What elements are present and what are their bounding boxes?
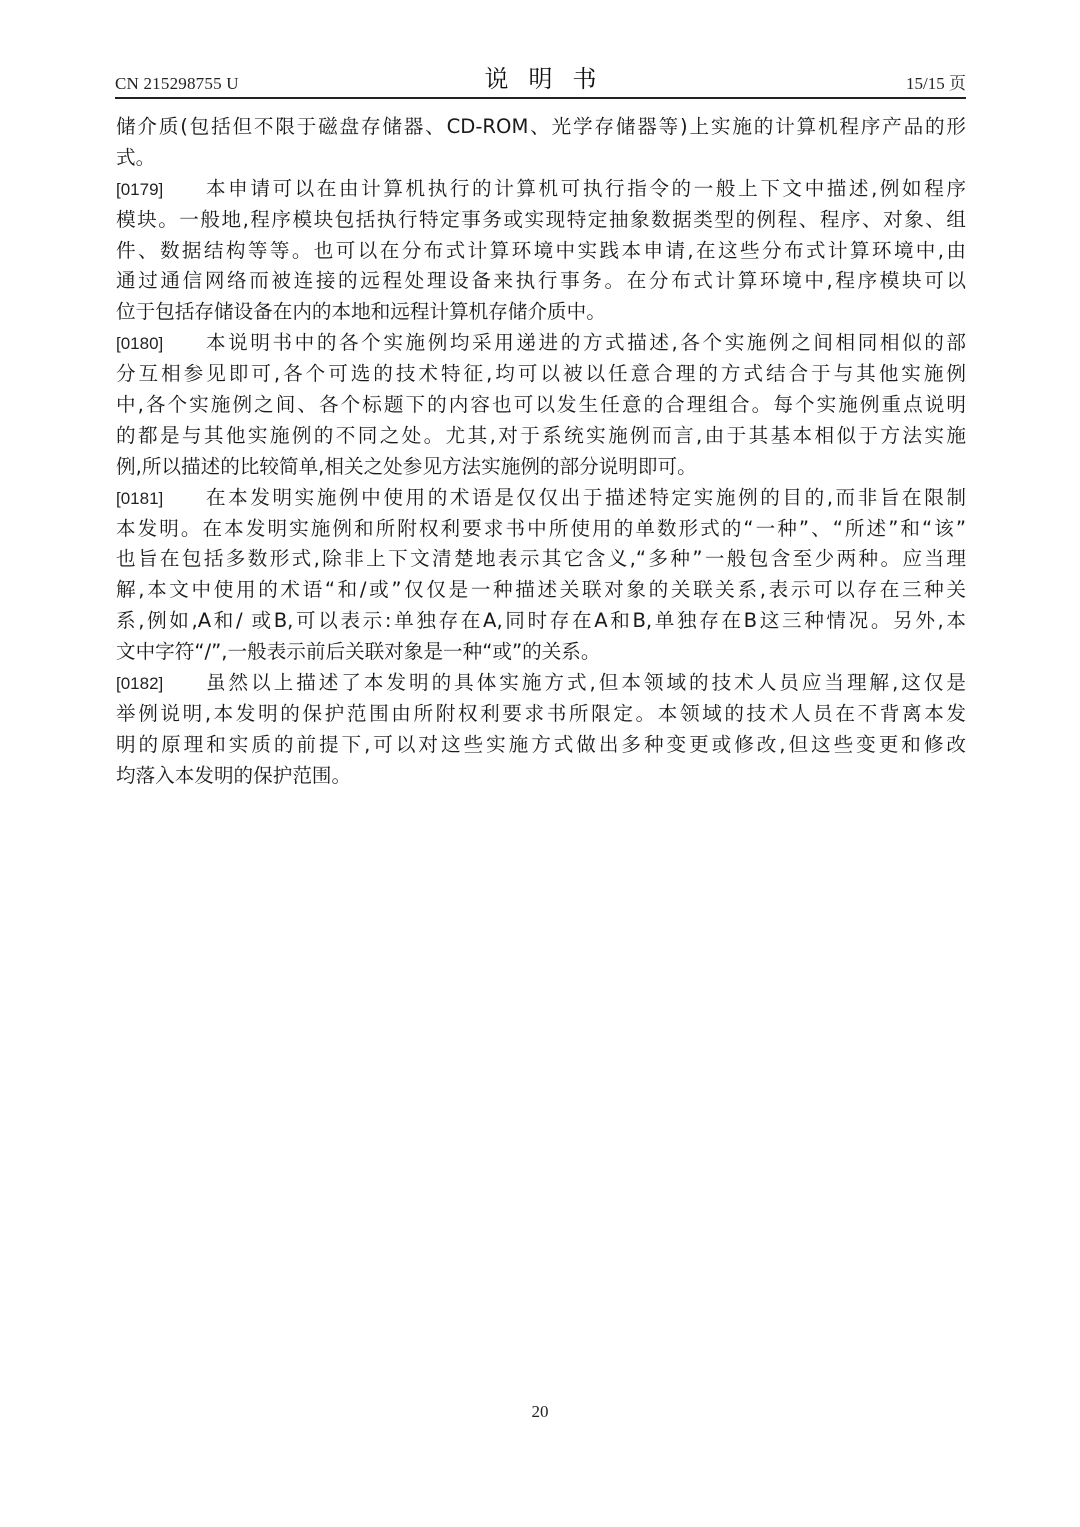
page-number: 20	[0, 1402, 1080, 1422]
text-line: 也旨在包括多数形式,除非上下文清楚地表示其它含义,“多种”一般包含至少两种。应当…	[116, 544, 966, 575]
paragraph-first-line: [0180] 本说明书中的各个实施例均采用递进的方式描述,各个实施例之间相同相似…	[116, 328, 966, 359]
header-divider	[115, 97, 966, 99]
text-line: 中,各个实施例之间、各个标题下的内容也可以发生任意的合理组合。每个实施例重点说明	[116, 390, 966, 421]
page-count: 15/15 页	[906, 69, 966, 94]
text-line: 储介质(包括但不限于磁盘存储器、CD-ROM、光学存储器等)上实施的计算机程序产…	[116, 112, 966, 143]
text-line: 均落入本发明的保护范围。	[116, 761, 966, 792]
page-header: CN 215298755 U 说明书 15/15 页	[115, 62, 966, 98]
text-line: 系,例如,A和/ 或B,可以表示:单独存在A,同时存在A和B,单独存在B这三种情…	[116, 606, 966, 637]
text-line: 件、数据结构等等。也可以在分布式计算环境中实践本申请,在这些分布式计算环境中,由	[116, 236, 966, 267]
text-line: 在本发明实施例中使用的术语是仅仅出于描述特定实施例的目的,而非旨在限制	[206, 483, 966, 514]
text-line: 分互相参见即可,各个可选的技术特征,均可以被以任意合理的方式结合于与其他实施例	[116, 359, 966, 390]
text-line: 举例说明,本发明的保护范围由所附权利要求书所限定。本领域的技术人员在不背离本发	[116, 699, 966, 730]
paragraph-first-line: [0182] 虽然以上描述了本发明的具体实施方式,但本领域的技术人员应当理解,这…	[116, 668, 966, 699]
paragraph-number: [0181]	[116, 484, 206, 514]
paragraph-number: [0182]	[116, 669, 206, 699]
text-line: 本申请可以在由计算机执行的计算机可执行指令的一般上下文中描述,例如程序	[206, 174, 966, 205]
text-line: 明的原理和实质的前提下,可以对这些实施方式做出多种变更或修改,但这些变更和修改	[116, 730, 966, 761]
text-line: 通过通信网络而被连接的远程处理设备来执行事务。在分布式计算环境中,程序模块可以	[116, 266, 966, 297]
paragraph-0180: [0180] 本说明书中的各个实施例均采用递进的方式描述,各个实施例之间相同相似…	[116, 328, 966, 482]
text-line: 的都是与其他实施例的不同之处。尤其,对于系统实施例而言,由于其基本相似于方法实施	[116, 421, 966, 452]
document-title: 说明书	[465, 59, 617, 94]
continuation-text: 储介质(包括但不限于磁盘存储器、CD-ROM、光学存储器等)上实施的计算机程序产…	[116, 112, 966, 174]
paragraph-0182: [0182] 虽然以上描述了本发明的具体实施方式,但本领域的技术人员应当理解,这…	[116, 668, 966, 792]
paragraph-0181: [0181] 在本发明实施例中使用的术语是仅仅出于描述特定实施例的目的,而非旨在…	[116, 483, 966, 668]
text-line: 模块。一般地,程序模块包括执行特定事务或实现特定抽象数据类型的例程、程序、对象、…	[116, 205, 966, 236]
patent-number: CN 215298755 U	[115, 74, 239, 94]
document-body: 储介质(包括但不限于磁盘存储器、CD-ROM、光学存储器等)上实施的计算机程序产…	[116, 112, 966, 792]
text-line: 虽然以上描述了本发明的具体实施方式,但本领域的技术人员应当理解,这仅是	[206, 668, 966, 699]
paragraph-first-line: [0179] 本申请可以在由计算机执行的计算机可执行指令的一般上下文中描述,例如…	[116, 174, 966, 205]
paragraph-number: [0180]	[116, 329, 206, 359]
text-line: 解,本文中使用的术语“和/或”仅仅是一种描述关联对象的关联关系,表示可以存在三种…	[116, 575, 966, 606]
text-line: 本发明。在本发明实施例和所附权利要求书中所使用的单数形式的“一种”、“所述”和“…	[116, 514, 966, 545]
text-line: 式。	[116, 143, 966, 174]
text-line: 本说明书中的各个实施例均采用递进的方式描述,各个实施例之间相同相似的部	[206, 328, 966, 359]
text-line: 例,所以描述的比较简单,相关之处参见方法实施例的部分说明即可。	[116, 452, 966, 483]
paragraph-0179: [0179] 本申请可以在由计算机执行的计算机可执行指令的一般上下文中描述,例如…	[116, 174, 966, 328]
paragraph-number: [0179]	[116, 175, 206, 205]
text-line: 位于包括存储设备在内的本地和远程计算机存储介质中。	[116, 297, 966, 328]
text-line: 文中字符“/”,一般表示前后关联对象是一种“或”的关系。	[116, 637, 966, 668]
paragraph-first-line: [0181] 在本发明实施例中使用的术语是仅仅出于描述特定实施例的目的,而非旨在…	[116, 483, 966, 514]
